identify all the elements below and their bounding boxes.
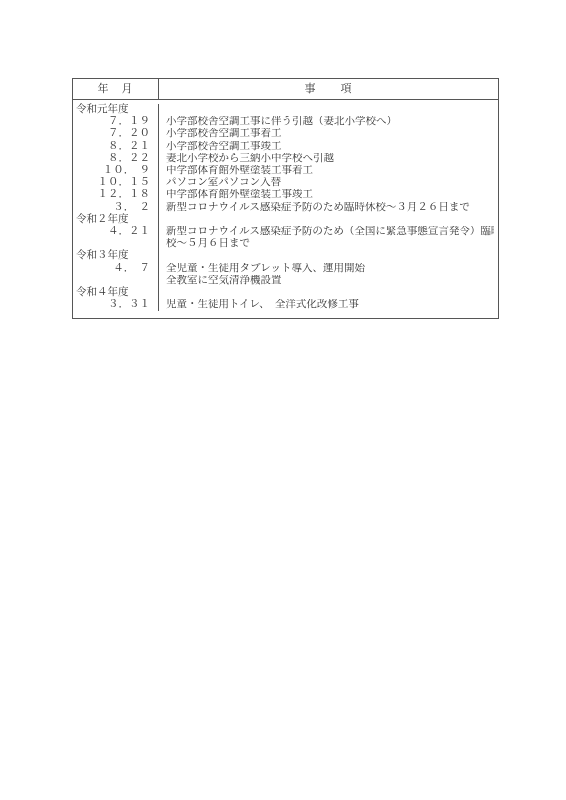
table-body: 令和元年度７．１９小学部校舎空調工事に伴う引越（妻北小学校へ）７．２０小学部校舎… bbox=[73, 100, 498, 318]
event-text: 妻北小学校から三納小中学校へ引越 bbox=[166, 153, 494, 165]
fiscal-year-label: 令和元年度 bbox=[73, 104, 159, 116]
table-row: ８．２２妻北小学校から三納小中学校へ引越 bbox=[73, 153, 498, 165]
header-year-month: 年 月 bbox=[73, 79, 159, 99]
table-row: 令和３年度 bbox=[73, 250, 498, 262]
row-events bbox=[159, 250, 498, 262]
table-row: ７．２０小学部校舎空調工事着工 bbox=[73, 128, 498, 140]
table-row: １０．１５パソコン室パソコン入替 bbox=[73, 177, 498, 189]
table-row: 令和２年度 bbox=[73, 214, 498, 226]
row-events bbox=[159, 104, 498, 116]
row-date: ３．３１ bbox=[73, 299, 159, 311]
event-text: 校～５月６日まで bbox=[166, 238, 494, 250]
event-text: 中学部体育館外壁塗装工事竣工 bbox=[166, 189, 494, 201]
row-events: パソコン室パソコン入替 bbox=[159, 177, 498, 189]
school-history-table: 年 月 事 項 令和元年度７．１９小学部校舎空調工事に伴う引越（妻北小学校へ）７… bbox=[72, 78, 499, 319]
header-items: 事 項 bbox=[159, 79, 498, 99]
row-events: 新型コロナウイルス感染症予防のため臨時休校～３月２６日まで bbox=[159, 202, 498, 214]
row-events: 児童・生徒用トイレ、 全洋式化改修工事 bbox=[159, 299, 498, 311]
row-events: 新型コロナウイルス感染症予防のため（全国に緊急事態宣言発令）臨時休校～５月６日ま… bbox=[159, 226, 498, 250]
event-text: 中学部体育館外壁塗装工事着工 bbox=[166, 165, 494, 177]
row-date: ８．２１ bbox=[73, 141, 159, 153]
event-text: 小学部校舎空調工事竣工 bbox=[166, 141, 494, 153]
row-date: １０． ９ bbox=[73, 165, 159, 177]
row-date: １０．１５ bbox=[73, 177, 159, 189]
row-date: ７．１９ bbox=[73, 116, 159, 128]
table-row: １２．１８中学部体育館外壁塗装工事竣工 bbox=[73, 189, 498, 201]
table-row: 令和元年度 bbox=[73, 104, 498, 116]
event-text: 全教室に空気清浄機設置 bbox=[166, 275, 494, 287]
row-events bbox=[159, 287, 498, 299]
table-row: ４． ７全児童・生徒用タブレット導入、運用開始全教室に空気清浄機設置 bbox=[73, 263, 498, 287]
row-date: ８．２２ bbox=[73, 153, 159, 165]
event-text: 児童・生徒用トイレ、 全洋式化改修工事 bbox=[166, 299, 494, 311]
table-row: １０． ９中学部体育館外壁塗装工事着工 bbox=[73, 165, 498, 177]
event-text: 全児童・生徒用タブレット導入、運用開始 bbox=[166, 263, 494, 275]
row-date: ３． ２ bbox=[73, 202, 159, 214]
event-text: 小学部校舎空調工事着工 bbox=[166, 128, 494, 140]
table-row: ４．２１新型コロナウイルス感染症予防のため（全国に緊急事態宣言発令）臨時休校～５… bbox=[73, 226, 498, 250]
row-events: 中学部体育館外壁塗装工事竣工 bbox=[159, 189, 498, 201]
row-date: ４． ７ bbox=[73, 263, 159, 287]
row-events: 小学部校舎空調工事に伴う引越（妻北小学校へ） bbox=[159, 116, 498, 128]
table-row: ８．２１小学部校舎空調工事竣工 bbox=[73, 141, 498, 153]
row-events: 全児童・生徒用タブレット導入、運用開始全教室に空気清浄機設置 bbox=[159, 263, 498, 287]
table-row: ３．３１児童・生徒用トイレ、 全洋式化改修工事 bbox=[73, 299, 498, 311]
event-text: 小学部校舎空調工事に伴う引越（妻北小学校へ） bbox=[166, 116, 494, 128]
row-date: ７．２０ bbox=[73, 128, 159, 140]
fiscal-year-label: 令和３年度 bbox=[73, 250, 159, 262]
table-row: ７．１９小学部校舎空調工事に伴う引越（妻北小学校へ） bbox=[73, 116, 498, 128]
event-text: 新型コロナウイルス感染症予防のため（全国に緊急事態宣言発令）臨時休 bbox=[166, 226, 494, 238]
table-row: 令和４年度 bbox=[73, 287, 498, 299]
table-row: ３． ２新型コロナウイルス感染症予防のため臨時休校～３月２６日まで bbox=[73, 202, 498, 214]
event-text: パソコン室パソコン入替 bbox=[166, 177, 494, 189]
row-events: 中学部体育館外壁塗装工事着工 bbox=[159, 165, 498, 177]
row-events: 小学部校舎空調工事着工 bbox=[159, 128, 498, 140]
event-text: 新型コロナウイルス感染症予防のため臨時休校～３月２６日まで bbox=[166, 202, 494, 214]
table-header-row: 年 月 事 項 bbox=[73, 79, 498, 100]
row-events bbox=[159, 214, 498, 226]
fiscal-year-label: 令和２年度 bbox=[73, 214, 159, 226]
fiscal-year-label: 令和４年度 bbox=[73, 287, 159, 299]
row-date: １２．１８ bbox=[73, 189, 159, 201]
row-events: 小学部校舎空調工事竣工 bbox=[159, 141, 498, 153]
row-date: ４．２１ bbox=[73, 226, 159, 250]
row-events: 妻北小学校から三納小中学校へ引越 bbox=[159, 153, 498, 165]
document-page: 年 月 事 項 令和元年度７．１９小学部校舎空調工事に伴う引越（妻北小学校へ）７… bbox=[0, 0, 566, 800]
